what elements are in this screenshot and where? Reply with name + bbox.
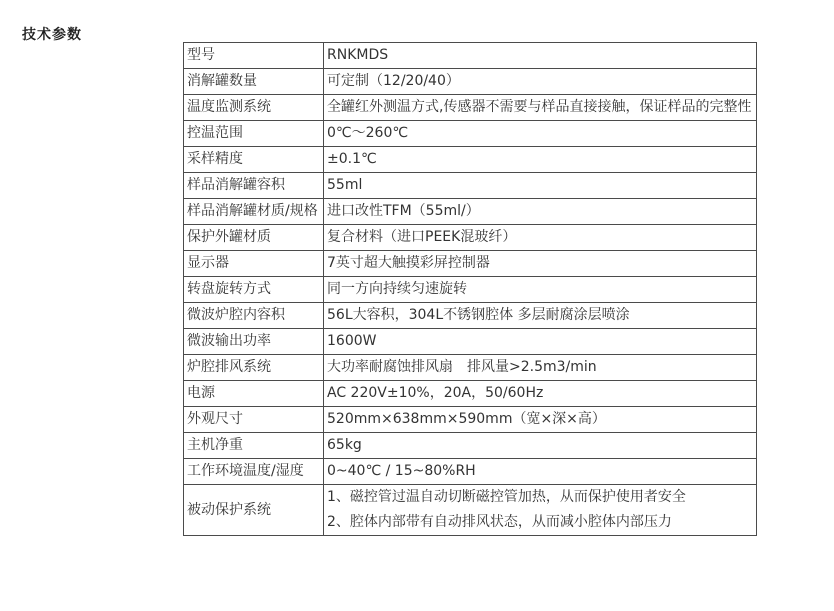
table-row: 电源AC 220V±10%，20A，50/60Hz <box>184 381 757 407</box>
spec-value: 1600W <box>324 329 757 355</box>
spec-label: 温度监测系统 <box>184 95 324 121</box>
spec-label: 工作环境温度/湿度 <box>184 459 324 485</box>
table-row: 温度监测系统全罐红外测温方式,传感器不需要与样品直接接触，保证样品的完整性 <box>184 95 757 121</box>
table-row: 转盘旋转方式同一方向持续匀速旋转 <box>184 277 757 303</box>
table-row: 炉腔排风系统大功率耐腐蚀排风扇 排风量>2.5m3/min <box>184 355 757 381</box>
spec-value: ±0.1℃ <box>324 147 757 173</box>
spec-label: 炉腔排风系统 <box>184 355 324 381</box>
spec-label: 微波输出功率 <box>184 329 324 355</box>
spec-label: 主机净重 <box>184 433 324 459</box>
page-title: 技术参数 <box>22 24 82 44</box>
table-row: 主机净重65kg <box>184 433 757 459</box>
spec-value: 复合材料（进口PEEK混玻纤） <box>324 225 757 251</box>
table-row: 采样精度±0.1℃ <box>184 147 757 173</box>
spec-value: 65kg <box>324 433 757 459</box>
spec-value: 55ml <box>324 173 757 199</box>
spec-value: 1、磁控管过温自动切断磁控管加热，从而保护使用者安全 2、腔体内部带有自动排风状… <box>324 485 757 536</box>
spec-label: 样品消解罐容积 <box>184 173 324 199</box>
table-row: 保护外罐材质复合材料（进口PEEK混玻纤） <box>184 225 757 251</box>
spec-value: 0℃～260℃ <box>324 121 757 147</box>
spec-value: 0~40℃ / 15~80%RH <box>324 459 757 485</box>
spec-value: 同一方向持续匀速旋转 <box>324 277 757 303</box>
page: 技术参数 型号RNKMDS消解罐数量可定制（12/20/40）温度监测系统全罐红… <box>0 0 834 611</box>
table-row: 外观尺寸520mm×638mm×590mm（宽×深×高） <box>184 407 757 433</box>
spec-label: 型号 <box>184 43 324 69</box>
spec-value: 7英寸超大触摸彩屏控制器 <box>324 251 757 277</box>
spec-label: 转盘旋转方式 <box>184 277 324 303</box>
spec-label: 电源 <box>184 381 324 407</box>
spec-value: AC 220V±10%，20A，50/60Hz <box>324 381 757 407</box>
spec-label: 微波炉腔内容积 <box>184 303 324 329</box>
spec-value: 进口改性TFM（55ml/） <box>324 199 757 225</box>
table-row: 样品消解罐容积55ml <box>184 173 757 199</box>
spec-value: 可定制（12/20/40） <box>324 69 757 95</box>
spec-label: 被动保护系统 <box>184 485 324 536</box>
spec-label: 样品消解罐材质/规格 <box>184 199 324 225</box>
table-row: 工作环境温度/湿度0~40℃ / 15~80%RH <box>184 459 757 485</box>
spec-value: RNKMDS <box>324 43 757 69</box>
table-row: 控温范围0℃～260℃ <box>184 121 757 147</box>
spec-label: 采样精度 <box>184 147 324 173</box>
spec-label: 外观尺寸 <box>184 407 324 433</box>
spec-label: 消解罐数量 <box>184 69 324 95</box>
table-row: 显示器7英寸超大触摸彩屏控制器 <box>184 251 757 277</box>
table-row: 消解罐数量可定制（12/20/40） <box>184 69 757 95</box>
table-row: 样品消解罐材质/规格进口改性TFM（55ml/） <box>184 199 757 225</box>
spec-label: 控温范围 <box>184 121 324 147</box>
spec-value: 520mm×638mm×590mm（宽×深×高） <box>324 407 757 433</box>
specs-table: 型号RNKMDS消解罐数量可定制（12/20/40）温度监测系统全罐红外测温方式… <box>183 42 757 536</box>
table-row: 型号RNKMDS <box>184 43 757 69</box>
table-row: 被动保护系统1、磁控管过温自动切断磁控管加热，从而保护使用者安全 2、腔体内部带… <box>184 485 757 536</box>
spec-label: 显示器 <box>184 251 324 277</box>
spec-value: 56L大容积，304L不锈钢腔体 多层耐腐涂层喷涂 <box>324 303 757 329</box>
table-row: 微波炉腔内容积56L大容积，304L不锈钢腔体 多层耐腐涂层喷涂 <box>184 303 757 329</box>
spec-value: 大功率耐腐蚀排风扇 排风量>2.5m3/min <box>324 355 757 381</box>
table-row: 微波输出功率1600W <box>184 329 757 355</box>
spec-value: 全罐红外测温方式,传感器不需要与样品直接接触，保证样品的完整性 <box>324 95 757 121</box>
specs-table-body: 型号RNKMDS消解罐数量可定制（12/20/40）温度监测系统全罐红外测温方式… <box>184 43 757 536</box>
spec-label: 保护外罐材质 <box>184 225 324 251</box>
